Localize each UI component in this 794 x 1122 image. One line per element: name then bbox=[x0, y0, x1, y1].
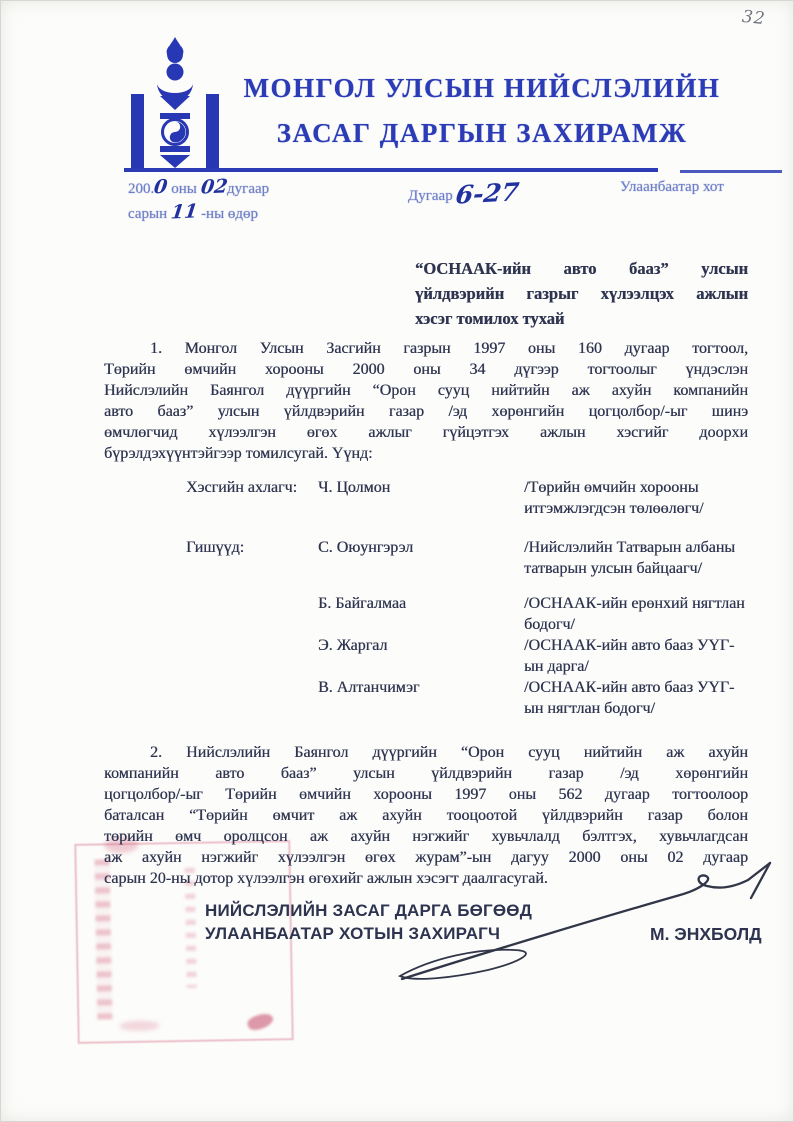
subject-block: “ОСНААК-ийн авто бааз” улсын үйлдвэрийн … bbox=[415, 256, 748, 331]
paragraph-1-line: өмчлөгчид хүлээлгэн өгөх ажлыг гүйцэтгэх… bbox=[104, 422, 748, 443]
document-title-line1: МОНГОЛ УЛСЫН НИЙСЛЭЛИЙН bbox=[222, 66, 742, 111]
member-role: /ОСНААК-ийн авто бааз УҮГ-ын дарга/ bbox=[524, 635, 752, 677]
member-name: Ч. Цолмон bbox=[318, 477, 524, 519]
stamp-smudge-bottom bbox=[119, 1020, 159, 1031]
paragraph-1-line: Төрийн өмчийн хорооны 2000 оны 34 дүгээр… bbox=[104, 359, 748, 380]
paragraph-2-line: компанийн авто бааз” улсын үйлдвэрийн га… bbox=[104, 763, 748, 784]
paragraph-1-line: авто бааз” улсын үйлдвэрийн газар /эд хө… bbox=[104, 401, 748, 422]
member-role: /ОСНААК-ийн ерөнхий нягтлан бодогч/ bbox=[524, 593, 752, 635]
date-day-handwritten: 11 bbox=[169, 200, 199, 224]
document-number: Дугаар 6-27 bbox=[408, 179, 519, 208]
date-printed-prefix: 200. bbox=[128, 181, 154, 197]
member-role: /Нийслэлийн Татварын албаны татварын улс… bbox=[524, 537, 752, 579]
paragraph-2-line: цогцолбор/-ыг Төрийн өмчийн хорооны 1997… bbox=[104, 784, 748, 805]
header-rule-right bbox=[680, 170, 782, 173]
document-title: МОНГОЛ УЛСЫН НИЙСЛЭЛИЙН ЗАСАГ ДАРГЫН ЗАХ… bbox=[222, 66, 742, 156]
date-word-day: сарын bbox=[128, 206, 167, 222]
member-name: В. Алтанчимэг bbox=[318, 677, 524, 719]
member-label: Хэсгийн ахлагч: bbox=[186, 477, 318, 519]
member-label bbox=[186, 593, 318, 635]
paragraph-1: 1. Монгол Улсын Засгийн газрын 1997 оны … bbox=[104, 338, 748, 464]
subject-line: “ОСНААК-ийн авто бааз” улсын bbox=[415, 256, 748, 281]
member-label: Гишүүд: bbox=[186, 537, 318, 579]
subject-line: хэсэг томилох тухай bbox=[415, 306, 748, 331]
document-page: 32 bbox=[0, 0, 794, 1122]
paragraph-1-line: 1. Монгол Улсын Засгийн газрын 1997 оны … bbox=[104, 338, 748, 359]
member-row: Гишүүд: С. Оюунгэрэл /Нийслэлийн Татвары… bbox=[186, 537, 752, 579]
member-row: Б. Байгалмаа /ОСНААК-ийн ерөнхий нягтлан… bbox=[186, 593, 752, 635]
member-name: Б. Байгалмаа bbox=[318, 593, 524, 635]
document-number-label: Дугаар bbox=[408, 188, 453, 204]
issue-city: Улаанбаатар хот bbox=[620, 179, 724, 196]
document-number-value: 6-27 bbox=[454, 177, 521, 209]
member-name: Э. Жаргал bbox=[318, 635, 524, 677]
member-label bbox=[186, 635, 318, 677]
date-month-handwritten: 02 bbox=[199, 175, 229, 199]
working-group-list: Хэсгийн ахлагч: Ч. Цолмон /Төрийн өмчийн… bbox=[186, 477, 752, 719]
member-row: В. Алтанчимэг /ОСНААК-ийн авто бааз УҮГ-… bbox=[186, 677, 752, 719]
soyombo-emblem-icon bbox=[131, 36, 219, 168]
paragraph-2-line: төрийн өмч оролцсон аж ахуйн нэгжийг хув… bbox=[104, 826, 748, 847]
member-row: Хэсгийн ахлагч: Ч. Цолмон /Төрийн өмчийн… bbox=[186, 477, 752, 519]
date-suffix: -ны өдөр bbox=[201, 206, 258, 222]
member-name: С. Оюунгэрэл bbox=[318, 537, 524, 579]
stamp-smudge-corner bbox=[246, 1010, 275, 1032]
signature-stroke bbox=[380, 855, 785, 1000]
member-role: /Төрийн өмчийн хорооны итгэмжлэгдсэн төл… bbox=[524, 477, 752, 519]
date-year-handwritten: 0 bbox=[153, 176, 169, 200]
date-word-month: дугаар bbox=[227, 181, 269, 197]
paragraph-2-line: баталсан “Төрийн өмчит аж ахуйн тооцоото… bbox=[104, 805, 748, 826]
issue-date: 200.0 оны 02дугаар сарын 11 -ны өдөр bbox=[128, 176, 269, 226]
date-word-year: оны bbox=[171, 181, 197, 197]
paragraph-1-line: бүрэлдэхүүнтэйгээр томилсугай. Үүнд: bbox=[104, 443, 748, 464]
page-number-annotation: 32 bbox=[741, 7, 767, 29]
header-rule-left bbox=[124, 168, 658, 172]
member-row: Э. Жаргал /ОСНААК-ийн авто бааз УҮГ-ын д… bbox=[186, 635, 752, 677]
member-role: /ОСНААК-ийн авто бааз УҮГ-ын нягтлан бод… bbox=[524, 677, 752, 719]
subject-line: үйлдвэрийн газрыг хүлээлцэх ажлын bbox=[415, 281, 748, 306]
document-title-line2: ЗАСАГ ДАРГЫН ЗАХИРАМЖ bbox=[222, 111, 742, 156]
paragraph-2-line: 2. Нийслэлийн Баянгол дүүргийн “Орон суу… bbox=[104, 742, 748, 763]
member-label bbox=[186, 677, 318, 719]
paragraph-1-line: Нийслэлийн Баянгол дүүргийн “Орон сууц н… bbox=[104, 380, 748, 401]
